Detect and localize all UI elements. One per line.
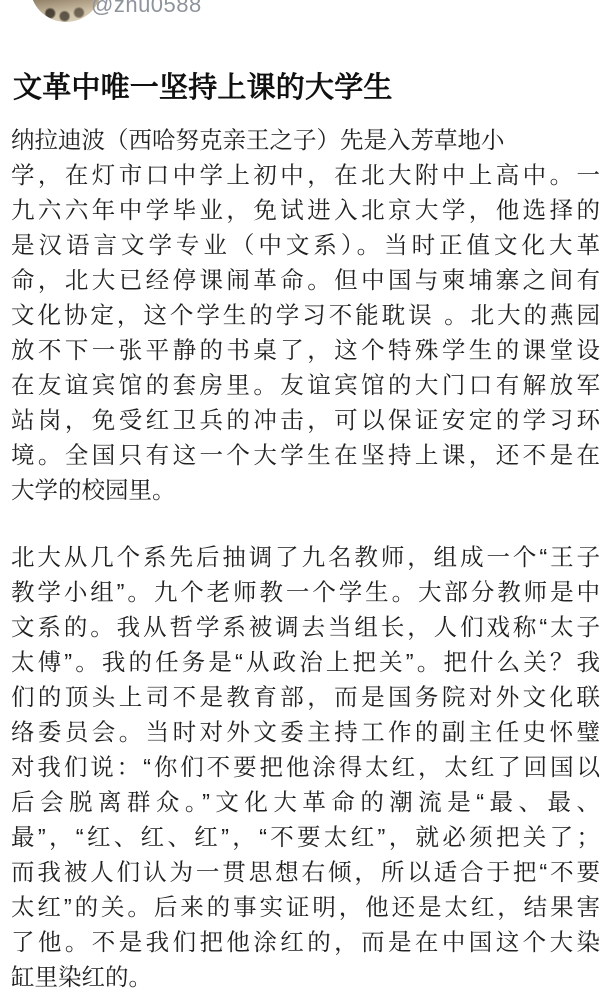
text-line: 文化协定，这个学生的学习不能耽误 。北大的燕园 — [11, 298, 600, 333]
text-line: 北大从几个系先后抽调了九名教师，组成一个“王子 — [11, 540, 600, 575]
text-line: 而我被人们认为一贯思想右倾，所以适合于把“不要 — [11, 855, 600, 890]
text-line: 太傅”。我的任务是“从政治上把关”。把什么关？我 — [11, 645, 600, 680]
text-line: 缸里染红的。 — [11, 960, 600, 995]
text-line: 在友谊宾馆的套房里。友谊宾馆的大门口有解放军 — [11, 368, 600, 403]
text-line: 境。全国只有这一个大学生在坚持上课，还不是在 — [11, 438, 600, 473]
text-line: 们的顶头上司不是教育部，而是国务院对外文化联 — [11, 680, 600, 715]
text-line: 九六六年中学毕业，免试进入北京大学，他选择的 — [11, 193, 600, 228]
paragraph-2: 北大从几个系先后抽调了九名教师，组成一个“王子 教学小组”。九个老师教一个学生。… — [11, 540, 600, 995]
text-line: 学，在灯市口中学上初中，在北大附中上高中。一 — [11, 158, 600, 193]
text-line: 最”，“红、红、红”，“不要太红”，就必须把关了； — [11, 820, 600, 855]
text-line: 放不下一张平静的书桌了，这个特殊学生的课堂设 — [11, 333, 600, 368]
text-line: 文系的。我从哲学系被调去当组长，人们戏称“太子 — [11, 610, 600, 645]
text-line: 命，北大已经停课闹革命。但中国与柬埔寨之间有 — [11, 263, 600, 298]
text-line: 教学小组”。九个老师教一个学生。大部分教师是中 — [11, 575, 600, 610]
text-line: 大学的校园里。 — [11, 473, 600, 508]
text-line: 太红”的关。后来的事实证明，他还是太红，结果害 — [11, 890, 600, 925]
text-line: 站岗，免受红卫兵的冲击，可以保证安定的学习环 — [11, 403, 600, 438]
text-line: 络委员会。当时对外文委主持工作的副主任史怀璧 — [11, 715, 600, 750]
text-line: 纳拉迪波（西哈努克亲王之子）先是入芳草地小 — [11, 123, 600, 158]
paragraph-1: 纳拉迪波（西哈努克亲王之子）先是入芳草地小 学，在灯市口中学上初中，在北大附中上… — [11, 123, 600, 508]
text-line: 了他。不是我们把他涂红的，而是在中国这个大染 — [11, 925, 600, 960]
text-line: 后会脱离群众。”文化大革命的潮流是“最、最、 — [11, 785, 600, 820]
post-body: 纳拉迪波（西哈努克亲王之子）先是入芳草地小 学，在灯市口中学上初中，在北大附中上… — [11, 123, 600, 995]
user-handle[interactable]: @zhu0588 — [91, 0, 202, 16]
post-screenshot: @zhu0588 文革中唯一坚持上课的大学生 纳拉迪波（西哈努克亲王之子）先是入… — [0, 0, 608, 1000]
text-line: 是汉语言文学专业（中文系）。当时正值文化大革 — [11, 228, 600, 263]
text-line: 对我们说：“你们不要把他涂得太红，太红了回国以 — [11, 750, 600, 785]
post-title: 文革中唯一坚持上课的大学生 — [13, 71, 597, 106]
